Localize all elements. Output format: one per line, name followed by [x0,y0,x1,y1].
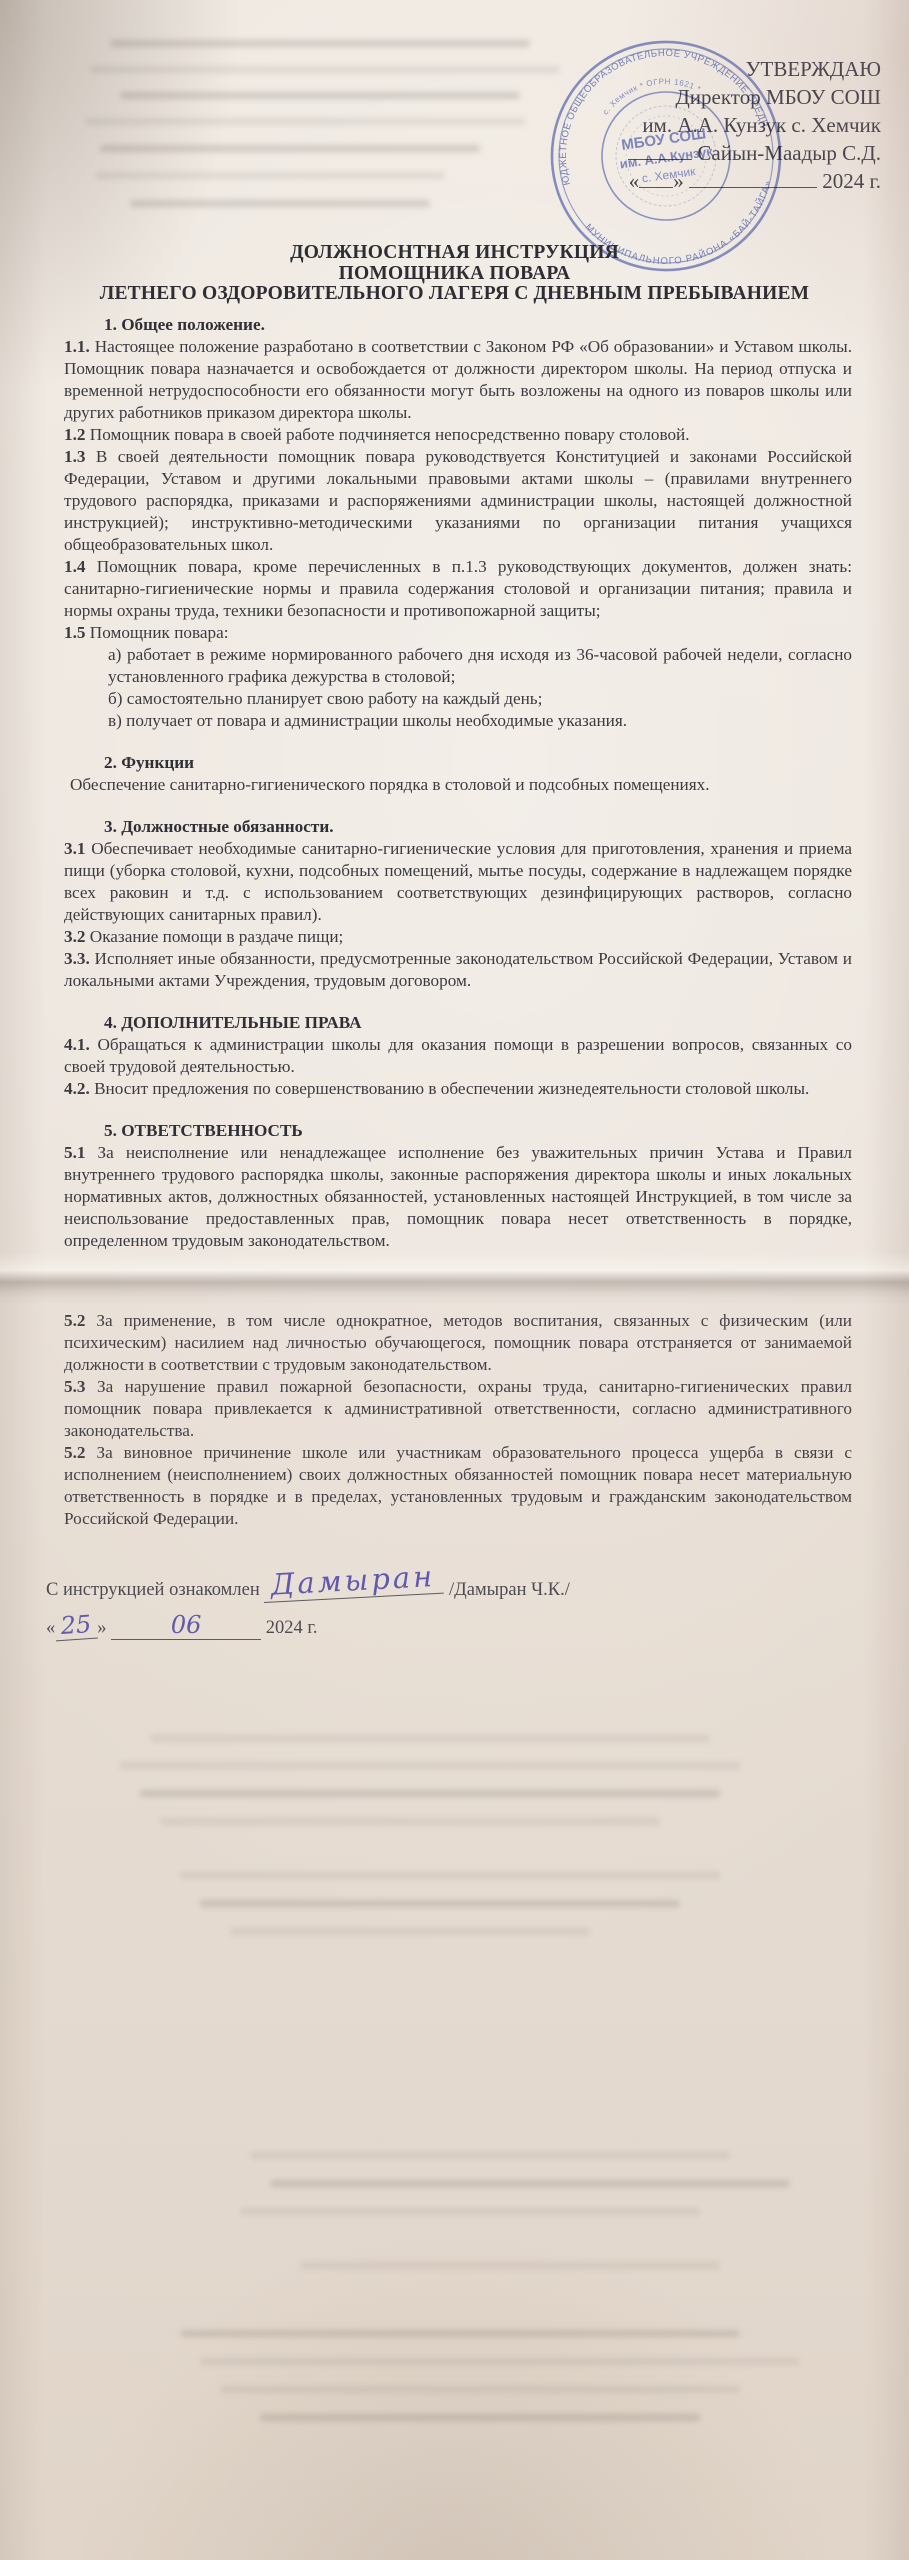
para-3-1: 3.1 Обеспечивает необходимые санитарно-г… [64,838,852,926]
para-1-5-c: в) получает от повара и администрации шк… [64,710,852,732]
section-5-heading: 5. ОТВЕТСТВЕННОСТЬ [64,1120,852,1142]
section-1-heading: 1. Общее положение. [64,314,852,336]
para-1-2: 1.2 Помощник повара в своей работе подчи… [64,424,852,446]
para-1-4: 1.4 Помощник повара, кроме перечисленных… [64,556,852,622]
section-4-heading: 4. ДОПОЛНИТЕЛЬНЫЕ ПРАВА [64,1012,852,1034]
approval-year: 2024 г. [822,169,881,193]
title-line2: ПОМОЩНИКА ПОВАРА [0,264,909,285]
para-1-5: 1.5 Помощник повара: [64,622,852,644]
document-body-upper: 1. Общее положение. 1.1. Настоящее полож… [64,314,852,1252]
section-2-heading: 2. Функции [64,752,852,774]
section-3-heading: 3. Должностные обязанности. [64,816,852,838]
para-4-1: 4.1. Обращаться к администрации школы дл… [64,1034,852,1078]
para-1-5-a: а) работает в режиме нормированного рабо… [64,644,852,688]
para-1-5-b: б) самостоятельно планирует свою работу … [64,688,852,710]
title-line3: ЛЕТНЕГО ОЗДОРОВИТЕЛЬНОГО ЛАГЕРЯ С ДНЕВНЫ… [0,284,909,305]
para-1-3: 1.3 В своей деятельности помощник повара… [64,446,852,556]
scanned-document-page: УТВЕРЖДАЮ Директор МБОУ СОШ им. А.А. Кун… [0,0,909,2560]
para-5-1: 5.1 За неисполнение или ненадлежащее исп… [64,1142,852,1252]
lower-page-tone [0,1300,909,2560]
para-3-3: 3.3. Исполняет иные обязанности, предусм… [64,948,852,992]
title-line1: ДОЛЖНОСНТНАЯ ИНСТРУКЦИЯ [0,243,909,264]
para-2-functions: Обеспечение санитарно-гигиенического пор… [64,774,852,796]
document-title: ДОЛЖНОСНТНАЯ ИНСТРУКЦИЯ ПОМОЩНИКА ПОВАРА… [0,243,909,305]
para-4-2: 4.2. Вносит предложения по совершенствов… [64,1078,852,1100]
fold-shadow [0,1252,909,1304]
para-3-2: 3.2 Оказание помощи в раздаче пищи; [64,926,852,948]
para-1-1: 1.1. Настоящее положение разработано в с… [64,336,852,424]
